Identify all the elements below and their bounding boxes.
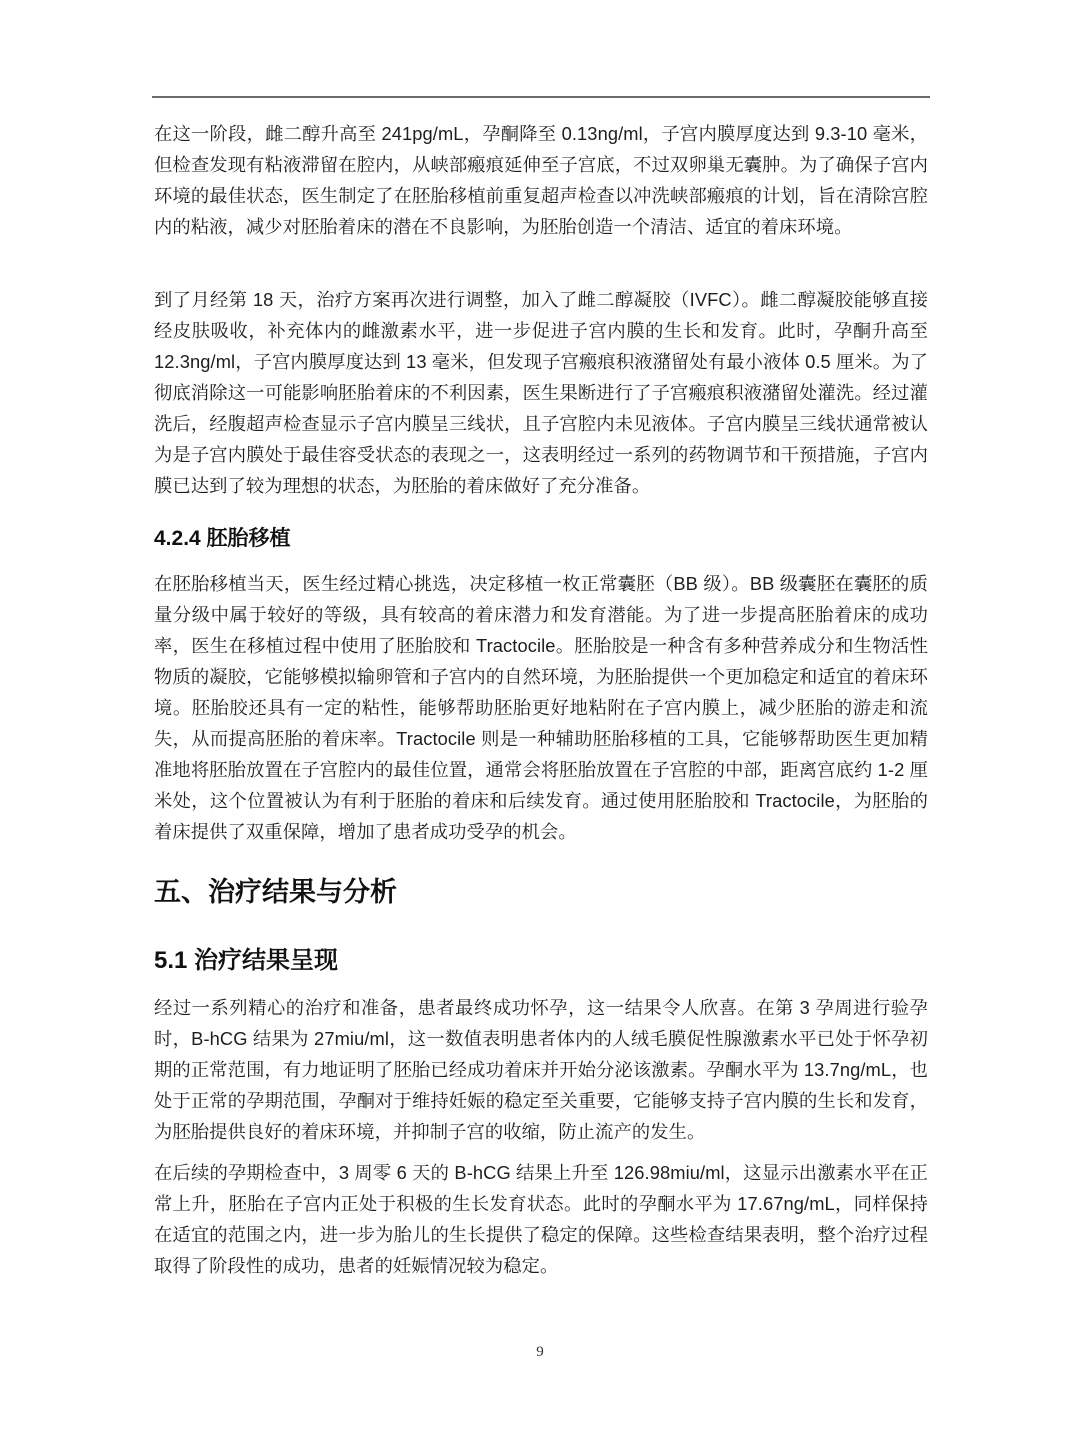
page-number: 9 (0, 1344, 1080, 1361)
chapter-5: 五、治疗结果与分析 (154, 874, 928, 910)
section-heading-4-2-4: 4.2.4 胚胎移植 (154, 524, 928, 554)
section-4-2-4: 4.2.4 胚胎移植 (154, 524, 928, 554)
paragraph-day18-adjustment: 到了月经第 18 天，治疗方案再次进行调整，加入了雌二醇凝胶（IVFC）。雌二醇… (154, 284, 928, 501)
paragraph-pregnancy-result: 经过一系列精心的治疗和准备，患者最终成功怀孕，这一结果令人欣喜。在第 3 孕周进… (154, 992, 928, 1147)
section-5-1: 5.1 治疗结果呈现 (154, 945, 928, 977)
paragraph-followup-result: 在后续的孕期检查中，3 周零 6 天的 B-hCG 结果上升至 126.98mi… (154, 1157, 928, 1281)
paragraph-text: 到了月经第 18 天，治疗方案再次进行调整，加入了雌二醇凝胶（IVFC）。雌二醇… (154, 284, 928, 501)
chapter-heading-5: 五、治疗结果与分析 (154, 874, 928, 910)
section-heading-5-1: 5.1 治疗结果呈现 (154, 945, 928, 977)
header-rule (152, 96, 930, 98)
paragraph-text: 在这一阶段，雌二醇升高至 241pg/mL，孕酮降至 0.13ng/ml，子宫内… (154, 118, 928, 242)
paragraph-text: 在胚胎移植当天，医生经过精心挑选，决定移植一枚正常囊胚（BB 级）。BB 级囊胚… (154, 568, 928, 847)
paragraph-text: 在后续的孕期检查中，3 周零 6 天的 B-hCG 结果上升至 126.98mi… (154, 1157, 928, 1281)
paragraph-embryo-transfer: 在胚胎移植当天，医生经过精心挑选，决定移植一枚正常囊胚（BB 级）。BB 级囊胚… (154, 568, 928, 847)
paragraph-text: 经过一系列精心的治疗和准备，患者最终成功怀孕，这一结果令人欣喜。在第 3 孕周进… (154, 992, 928, 1147)
paragraph-endometrium-stage: 在这一阶段，雌二醇升高至 241pg/mL，孕酮降至 0.13ng/ml，子宫内… (154, 118, 928, 242)
